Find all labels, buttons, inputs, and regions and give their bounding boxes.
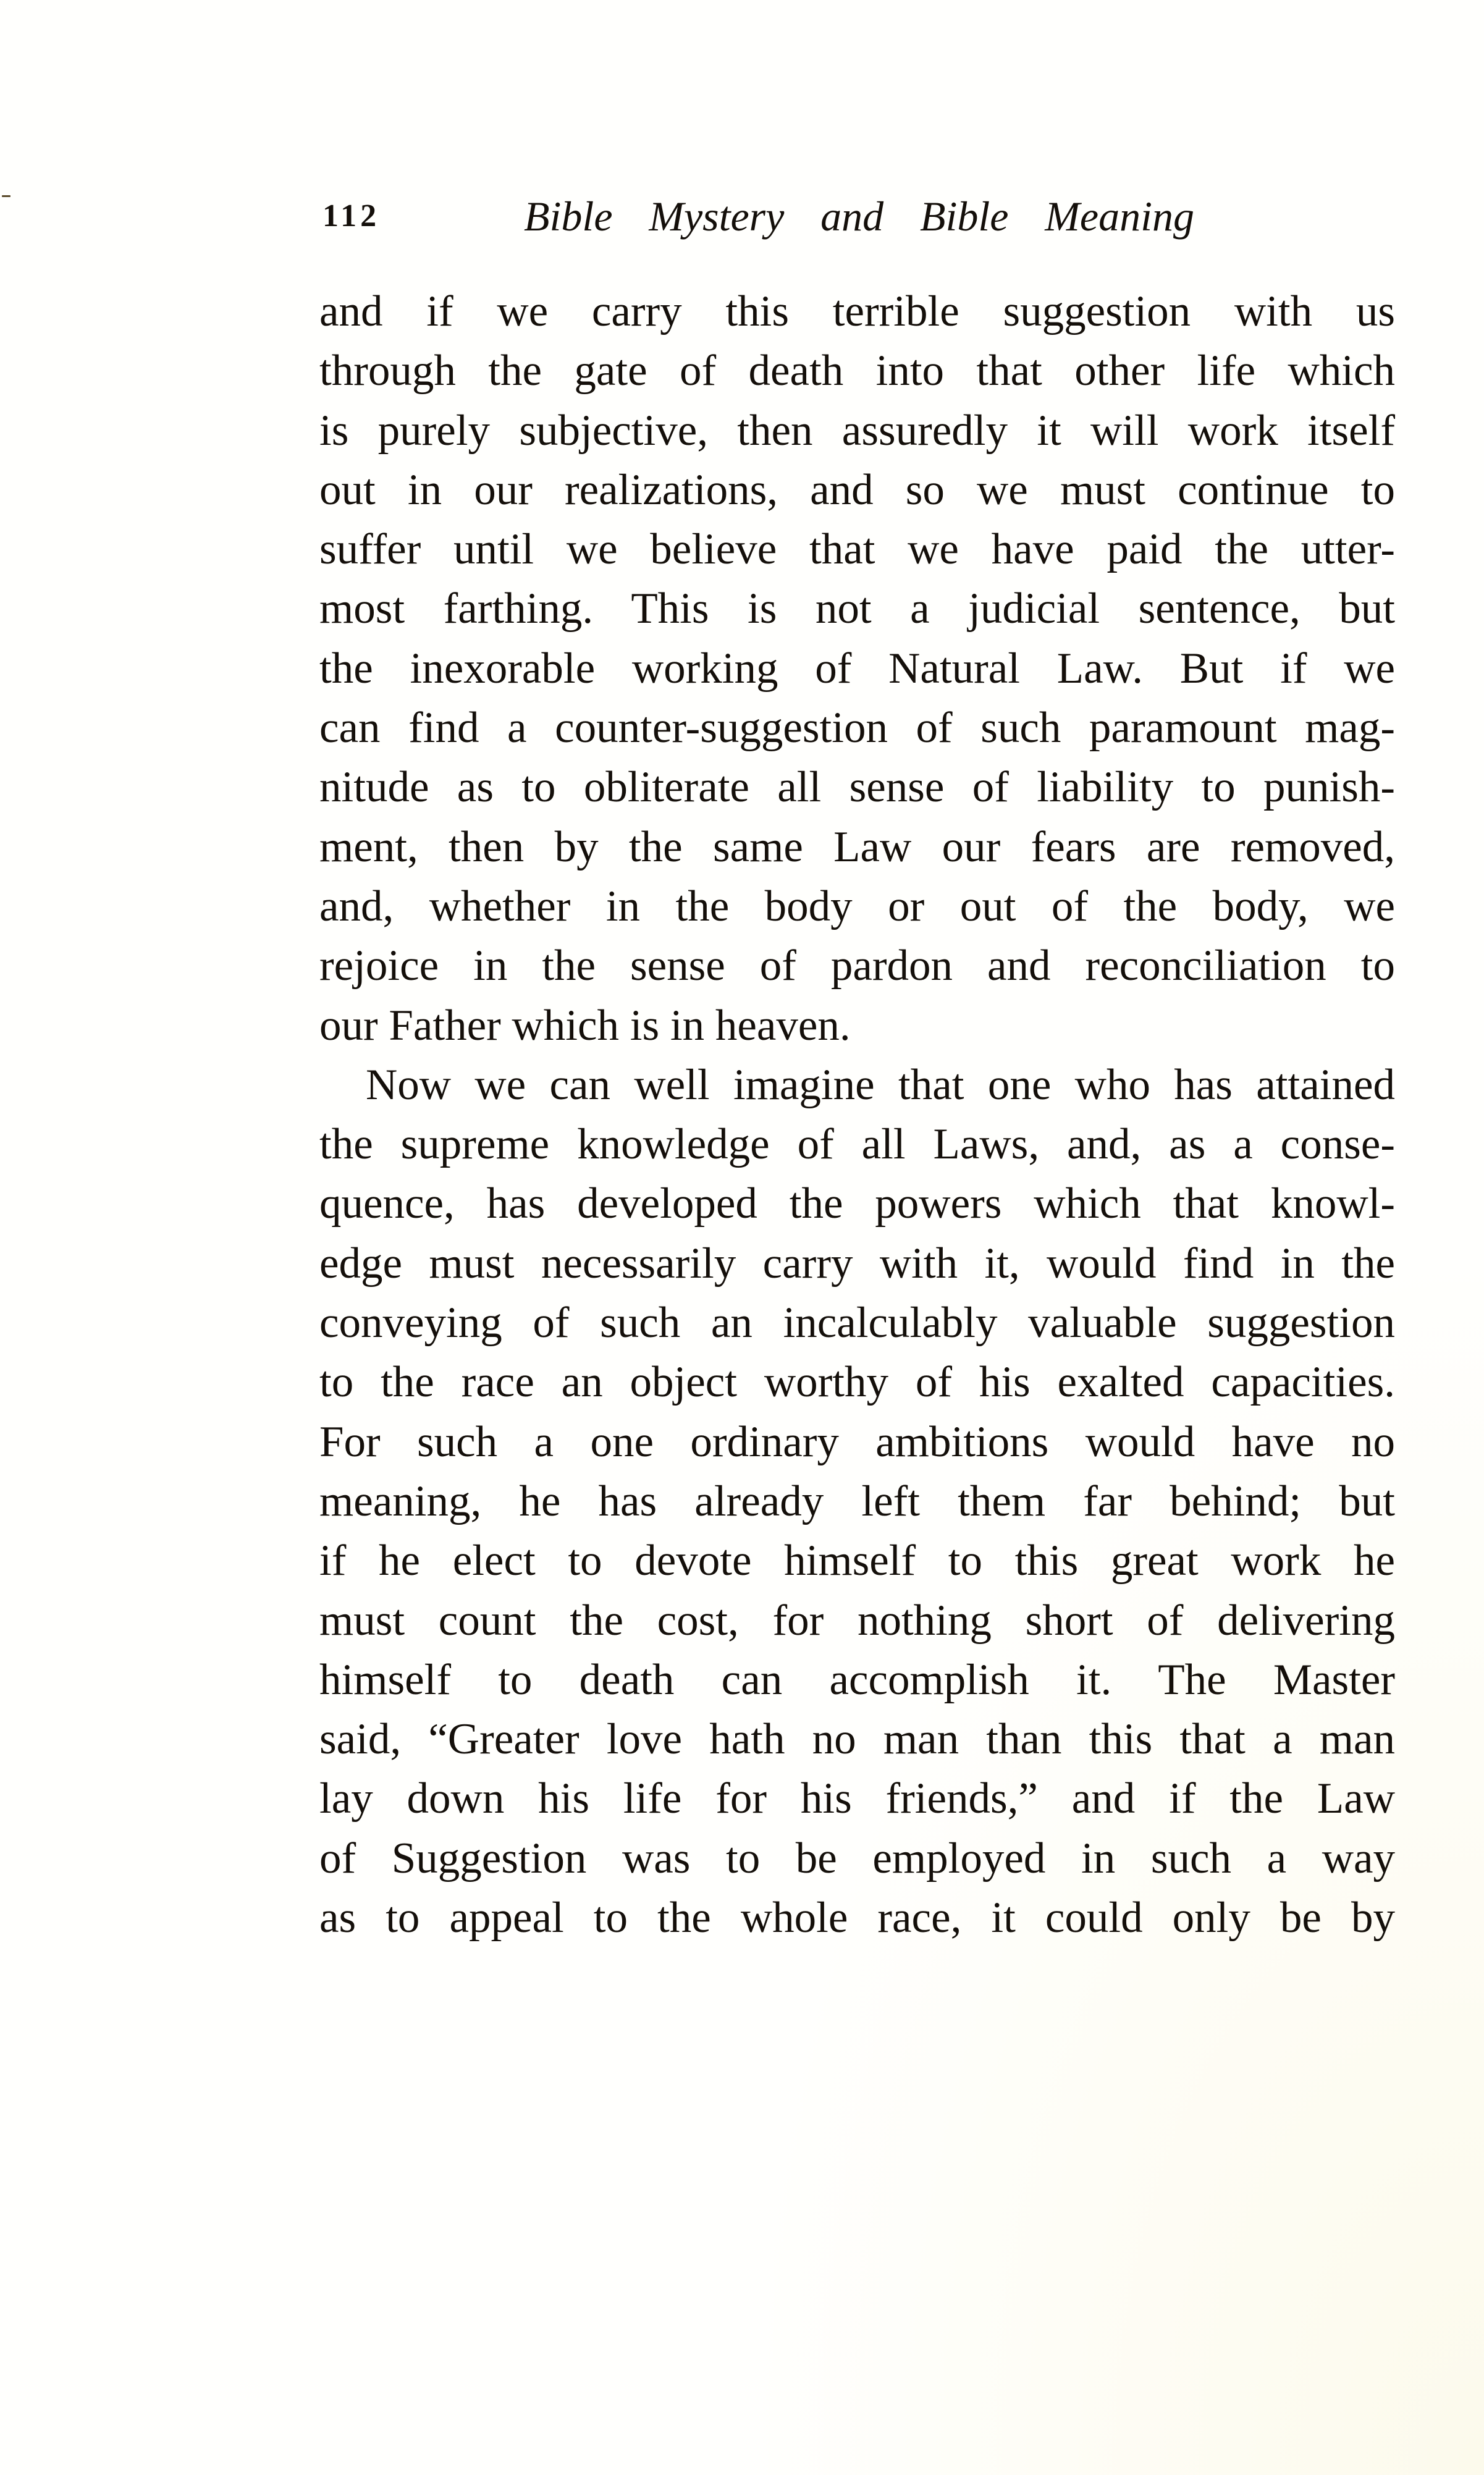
paragraph-2: Now we can well imagine that one who has… xyxy=(319,1055,1395,1947)
text-line: lay down his life for his friends,” and … xyxy=(319,1769,1395,1828)
text-line: and if we carry this terrible suggestion… xyxy=(319,282,1395,341)
text-line: rejoice in the sense of pardon and recon… xyxy=(319,936,1395,995)
book-page: 112 Bible Mystery and Bible Meaning and … xyxy=(0,0,1484,2475)
text-line: nitude as to obliterate all sense of lia… xyxy=(319,757,1395,817)
text-line-indented: Now we can well imagine that one who has… xyxy=(319,1055,1395,1115)
text-line: meaning, he has already left them far be… xyxy=(319,1472,1395,1531)
text-line-paragraph-end: our Father which is in heaven. xyxy=(319,996,1395,1055)
paragraph-1: and if we carry this terrible suggestion… xyxy=(319,282,1395,1055)
text-line: edge must necessarily carry with it, wou… xyxy=(319,1234,1395,1293)
text-line: conveying of such an incalculably valuab… xyxy=(319,1293,1395,1352)
text-line: most farthing. This is not a judicial se… xyxy=(319,579,1395,638)
text-line: to the race an object worthy of his exal… xyxy=(319,1352,1395,1412)
text-line: the inexorable working of Natural Law. B… xyxy=(319,639,1395,698)
text-line: out in our realizations, and so we must … xyxy=(319,460,1395,520)
text-line: as to appeal to the whole race, it could… xyxy=(319,1888,1395,1947)
running-title: Bible Mystery and Bible Meaning xyxy=(524,185,1194,247)
text-line: the supreme knowledge of all Laws, and, … xyxy=(319,1115,1395,1174)
text-line: quence, has developed the powers which t… xyxy=(319,1174,1395,1233)
text-line: if he elect to devote himself to this gr… xyxy=(319,1531,1395,1590)
text-line: must count the cost, for nothing short o… xyxy=(319,1591,1395,1650)
text-line: himself to death can accomplish it. The … xyxy=(319,1650,1395,1710)
text-line: is purely subjective, then assuredly it … xyxy=(319,401,1395,460)
text-line: suffer until we believe that we have pai… xyxy=(319,520,1395,579)
text-line: through the gate of death into that othe… xyxy=(319,341,1395,400)
body-text: and if we carry this terrible suggestion… xyxy=(319,282,1395,1947)
text-line: of Suggestion was to be employed in such… xyxy=(319,1829,1395,1888)
running-head: 112 Bible Mystery and Bible Meaning xyxy=(0,185,1484,247)
text-line: and, whether in the body or out of the b… xyxy=(319,877,1395,936)
text-line: ment, then by the same Law our fears are… xyxy=(319,817,1395,877)
text-line: said, “Greater love hath no man than thi… xyxy=(319,1710,1395,1769)
page-number: 112 xyxy=(323,185,380,247)
text-line: For such a one ordinary ambitions would … xyxy=(319,1412,1395,1472)
text-line: can find a counter-suggestion of such pa… xyxy=(319,698,1395,757)
